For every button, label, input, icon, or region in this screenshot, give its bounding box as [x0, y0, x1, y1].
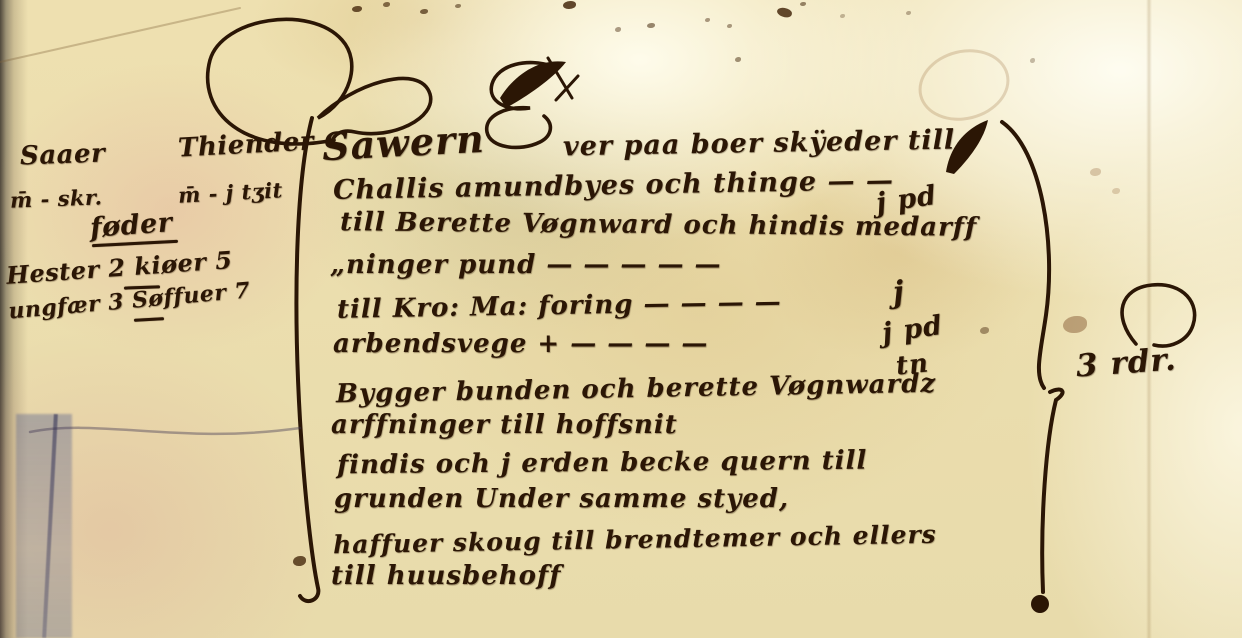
amount-thinge: j pd [874, 182, 938, 217]
bracket-end-blob [1031, 595, 1049, 613]
body-opening-word: Sawern [321, 120, 485, 166]
right-bracket-lower [1042, 390, 1062, 592]
body-line-1: ver paa boer skÿeder till [563, 127, 956, 161]
grand-total: 3 rdr. [1075, 345, 1178, 383]
amount-pund: j [892, 278, 906, 309]
margin-note-saaer: Saaer [20, 141, 106, 170]
crease-top-left [0, 8, 240, 62]
body-line-6: arbendsvege + — — — — [333, 331, 708, 357]
manuscript-page: Saaer Thiender m̄ - skr. m̄ - j tʒit fød… [0, 0, 1242, 638]
margin-note-abbrev-left: m̄ - skr. [10, 186, 103, 210]
amount-foring: j pd [880, 312, 944, 347]
total-flourish-loop [1122, 285, 1195, 346]
body-line-12: till huusbehoff [331, 563, 561, 589]
crease-band-top [30, 428, 300, 434]
body-line-10: grunden Under samme styed, [334, 486, 789, 512]
margin-note-abbrev-right: m̄ - j tʒit [178, 179, 284, 205]
body-line-4: „ninger pund — — — — — [330, 252, 722, 278]
left-bracket [296, 118, 318, 601]
amount-arbeid: tn [895, 350, 930, 379]
margin-note-foder: føder [89, 209, 173, 242]
margin-note-thiender: Thiender [177, 128, 314, 161]
right-bracket-upper [1002, 122, 1049, 388]
body-line-8: arffninger till hoffsnit [331, 412, 678, 438]
body-line-9: findis och j erden becke quern till [337, 448, 868, 479]
body-line-5: till Kro: Ma: foring — — — — [337, 289, 782, 323]
